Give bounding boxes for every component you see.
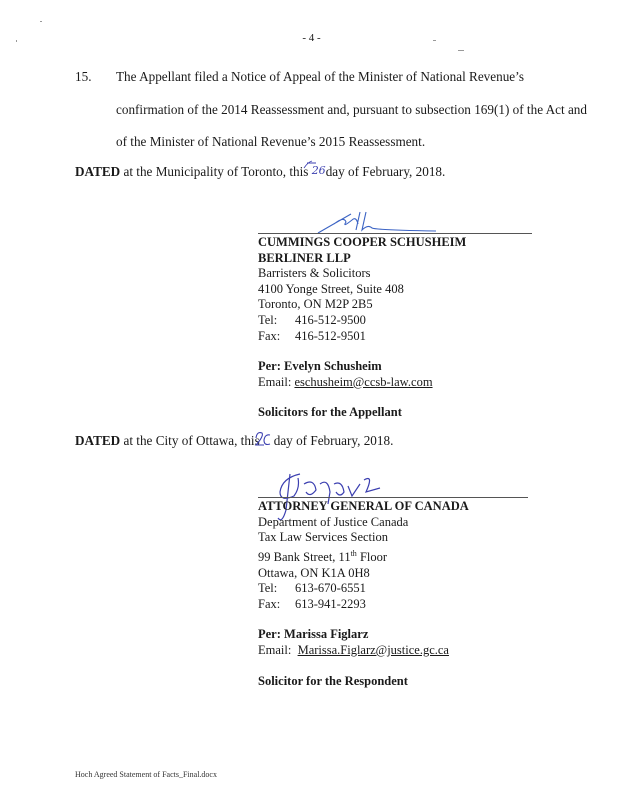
dated-month-year: day of February, 2018.	[326, 164, 446, 179]
appellant-signature-line	[258, 233, 532, 234]
paragraph-line: The Appellant filed a Notice of Appeal o…	[116, 69, 524, 85]
firm-name-line2: BERLINER LLP	[258, 251, 466, 267]
fax-label: Fax:	[258, 329, 295, 345]
page-number: - 4 -	[0, 32, 623, 44]
fax-value: 416-512-9501	[295, 329, 366, 343]
email-link[interactable]: Marissa.Figlarz@justice.gc.ca	[298, 643, 449, 657]
email-label: Email:	[258, 643, 298, 657]
email-row: Email: eschusheim@ccsb-law.com	[258, 375, 466, 391]
paragraph-line: confirmation of the 2014 Reassessment an…	[116, 102, 587, 118]
address-line2: Toronto, ON M2P 2B5	[258, 297, 466, 313]
tel-value: 613-670-6551	[295, 581, 366, 595]
paragraph-line: of the Minister of National Revenue’s 20…	[116, 134, 425, 150]
scan-speck	[458, 50, 464, 51]
appellant-signature-icon	[316, 206, 446, 236]
address-line1: 99 Bank Street, 11th Floor	[258, 546, 469, 566]
scan-speck	[40, 21, 42, 22]
dated-label: DATED	[75, 164, 120, 179]
paragraph-number: 15.	[75, 69, 91, 85]
email-row: Email: Marissa.Figlarz@justice.gc.ca	[258, 643, 469, 659]
appellant-dated-line: DATED at the Municipality of Toronto, th…	[75, 164, 445, 180]
fax-value: 613-941-2293	[295, 597, 366, 611]
email-link[interactable]: eschusheim@ccsb-law.com	[294, 375, 432, 389]
handwritten-day-icon	[253, 430, 273, 448]
address-line2: Ottawa, ON K1A 0H8	[258, 566, 469, 582]
section: Tax Law Services Section	[258, 530, 469, 546]
dated-place: at the Municipality of Toronto, this	[120, 164, 312, 179]
fax-row: Fax:416-512-9501	[258, 329, 466, 345]
address-floor: Floor	[357, 550, 387, 564]
tel-value: 416-512-9500	[295, 313, 366, 327]
respondent-signature-block: ATTORNEY GENERAL OF CANADA Department of…	[258, 499, 469, 689]
handwritten-initial-mark	[302, 160, 322, 170]
firm-name-line1: CUMMINGS COOPER SCHUSHEIM	[258, 235, 466, 251]
tel-label: Tel:	[258, 581, 295, 597]
tel-row: Tel:613-670-6551	[258, 581, 469, 597]
fax-row: Fax:613-941-2293	[258, 597, 469, 613]
capacity-label: Solicitors for the Appellant	[258, 405, 466, 421]
dated-month-year: day of February, 2018.	[274, 433, 394, 448]
appellant-signature-block: CUMMINGS COOPER SCHUSHEIM BERLINER LLP B…	[258, 235, 466, 421]
address-street: 99 Bank Street, 11	[258, 550, 351, 564]
address-line1: 4100 Yonge Street, Suite 408	[258, 282, 466, 298]
department: Department of Justice Canada	[258, 515, 469, 531]
fax-label: Fax:	[258, 597, 295, 613]
respondent-dated-line: DATED at the City of Ottawa, thisday of …	[75, 433, 393, 449]
footer-filename: Hoch Agreed Statement of Facts_Final.doc…	[75, 770, 217, 779]
email-label: Email:	[258, 375, 294, 389]
tel-row: Tel:416-512-9500	[258, 313, 466, 329]
office-name: ATTORNEY GENERAL OF CANADA	[258, 499, 469, 515]
firm-role: Barristers & Solicitors	[258, 266, 466, 282]
dated-label: DATED	[75, 433, 120, 448]
respondent-signature-line	[258, 497, 528, 498]
capacity-label: Solicitor for the Respondent	[258, 674, 469, 690]
per-signatory: Per: Marissa Figlarz	[258, 627, 469, 643]
tel-label: Tel:	[258, 313, 295, 329]
per-signatory: Per: Evelyn Schusheim	[258, 359, 466, 375]
dated-place: at the City of Ottawa, this	[120, 433, 260, 448]
